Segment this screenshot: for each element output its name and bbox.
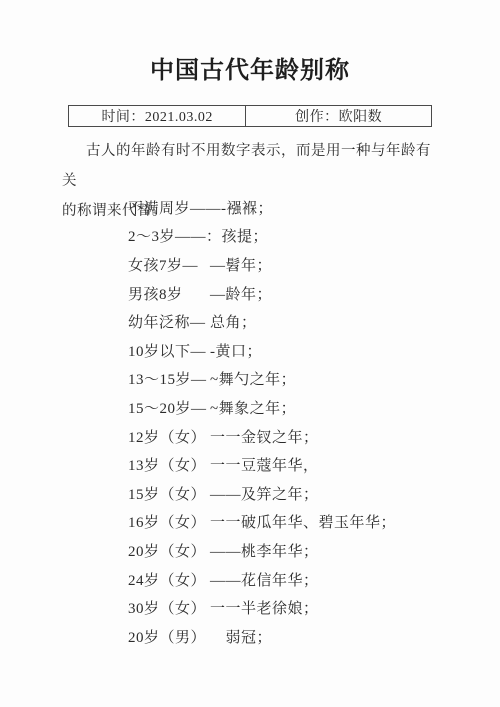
list-item: 男孩8岁 —龄年； [128, 279, 468, 308]
age-label: 男孩8岁 [128, 283, 210, 304]
age-label: 2～3岁——： [128, 225, 222, 246]
age-term: ——及笄之年； [210, 483, 319, 504]
list-item: 2～3岁——： 孩提； [128, 222, 468, 251]
age-label: 30岁（女） [128, 597, 210, 618]
intro-line-1: 古人的年龄有时不用数字表示，而是用一种与年龄有关 [62, 136, 444, 196]
age-label: 16岁（女） [128, 511, 210, 532]
age-label: 20岁（女） [128, 540, 210, 561]
list-item: 24岁（女） ——花信年华； [128, 565, 468, 594]
age-term: 总角； [210, 311, 257, 332]
meta-table: 时间：2021.03.02 创作：欧阳数 [68, 105, 432, 127]
page-title: 中国古代年龄别称 [0, 50, 500, 85]
age-term: 一一金钗之年； [210, 426, 319, 447]
age-term: -襁褓； [221, 197, 273, 218]
age-term-list: 不满周岁—— -襁褓； 2～3岁——： 孩提； 女孩7岁— —髫年； 男孩8岁 … [128, 193, 468, 651]
age-label: 24岁（女） [128, 569, 210, 590]
list-item: 30岁（女） 一一半老徐娘； [128, 593, 468, 622]
age-term: ~舞勺之年； [210, 368, 296, 389]
age-term: 一一半老徐娘； [210, 597, 319, 618]
age-term: 孩提； [222, 225, 269, 246]
age-term: 一一破瓜年华、碧玉年华； [210, 511, 396, 532]
age-label: 幼年泛称— [128, 311, 210, 332]
age-label: 女孩7岁— [128, 254, 210, 275]
age-label: 10岁以下— [128, 340, 210, 361]
age-label: 12岁（女） [128, 426, 210, 447]
meta-cell-time: 时间：2021.03.02 [69, 106, 246, 126]
age-term: —髫年； [210, 254, 272, 275]
age-term: 弱冠； [210, 626, 272, 647]
meta-cell-author: 创作：欧阳数 [246, 106, 431, 126]
age-label: 15岁（女） [128, 483, 210, 504]
age-term: ——桃李年华； [210, 540, 319, 561]
age-label: 20岁（男） [128, 626, 210, 647]
list-item: 12岁（女） 一一金钗之年； [128, 422, 468, 451]
list-item: 13～15岁— ~舞勺之年； [128, 365, 468, 394]
age-term: 一一豆蔻年华， [210, 454, 319, 475]
age-label: 15～20岁— [128, 397, 210, 418]
list-item: 20岁（男） 弱冠； [128, 622, 468, 651]
list-item: 10岁以下— -黄口； [128, 336, 468, 365]
age-label: 13～15岁— [128, 368, 210, 389]
age-term: —龄年； [210, 283, 272, 304]
list-item: 幼年泛称— 总角； [128, 307, 468, 336]
list-item: 不满周岁—— -襁褓； [128, 193, 468, 222]
list-item: 15岁（女） ——及笄之年； [128, 479, 468, 508]
list-item: 13岁（女） 一一豆蔻年华， [128, 450, 468, 479]
age-term: -黄口； [210, 340, 262, 361]
age-term: ——花信年华； [210, 569, 319, 590]
age-label: 13岁（女） [128, 454, 210, 475]
list-item: 15～20岁— ~舞象之年； [128, 393, 468, 422]
age-label: 不满周岁—— [128, 197, 221, 218]
list-item: 女孩7岁— —髫年； [128, 250, 468, 279]
document-page: 中国古代年龄别称 时间：2021.03.02 创作：欧阳数 古人的年龄有时不用数… [0, 0, 500, 707]
list-item: 20岁（女） ——桃李年华； [128, 536, 468, 565]
age-term: ~舞象之年； [210, 397, 296, 418]
list-item: 16岁（女） 一一破瓜年华、碧玉年华； [128, 508, 468, 537]
